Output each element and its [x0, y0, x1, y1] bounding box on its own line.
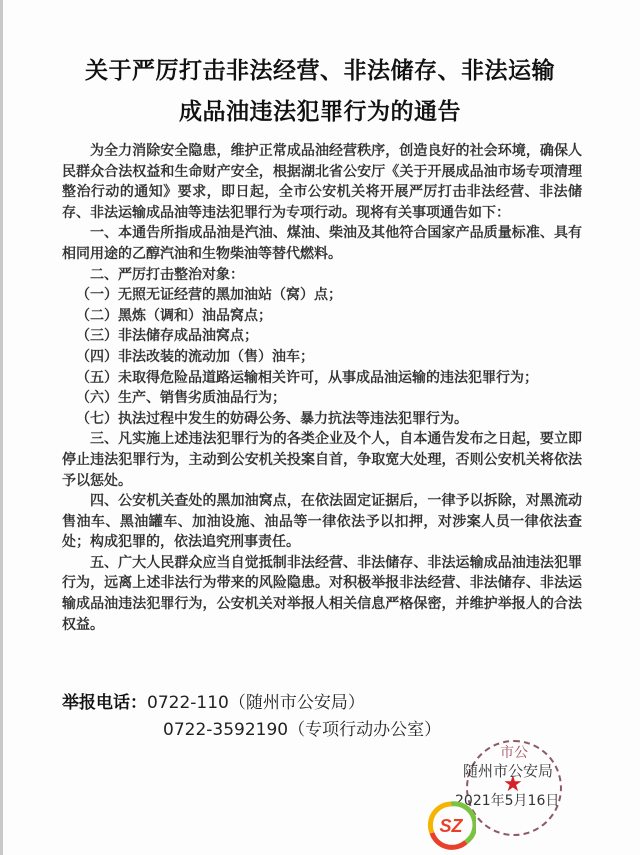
- target-item-5: （五）未取得危险品道路运输相关许可，从事成品油运输的违法犯罪行为；: [62, 368, 582, 389]
- target-item-3: （三）非法储存成品油窝点；: [62, 326, 582, 347]
- section-5: 五、广大人民群众应当自觉抵制非法经营、非法储存、非法运输成品油违法犯罪行为，远离…: [62, 553, 582, 635]
- page-edge: [0, 0, 3, 855]
- notice-title-line2: 成品油违法犯罪行为的通告: [0, 93, 640, 126]
- issuing-organization: 随州市公安局: [463, 760, 553, 781]
- target-item-7: （七）执法过程中发生的妨碍公务、暴力抗法等违法犯罪行为。: [62, 409, 582, 430]
- logo-text: SZ: [439, 816, 463, 836]
- report-hotline: 举报电话：0722-110（随州市公安局） 0722-3592190（专项行动办…: [62, 688, 441, 742]
- target-item-6: （六）生产、销售劣质油品行为；: [62, 388, 582, 409]
- section-4: 四、公安机关查处的黑加油窝点，在依法固定证据后，一律予以拆除，对黑流动售油车、黑…: [62, 491, 582, 553]
- hotline-number-2: 0722-3592190（专项行动办公室）: [163, 720, 441, 740]
- target-item-4: （四）非法改装的流动加（售）油车；: [62, 347, 582, 368]
- notice-page: 关于严厉打击非法经营、非法储存、非法运输 成品油违法犯罪行为的通告 为全力消除安…: [0, 0, 640, 855]
- hotline-label: 举报电话：: [62, 693, 147, 713]
- target-item-1: （一）无照无证经营的黑加油站（窝）点；: [62, 285, 582, 306]
- notice-title-line1: 关于严厉打击非法经营、非法储存、非法运输: [0, 52, 640, 85]
- section-1: 一、本通告所指成品油是汽油、煤油、柴油及其他符合国家产品质量标准、具有相同用途的…: [62, 223, 582, 264]
- notice-body: 为全力消除安全隐患，维护正常成品油经营秩序，创造良好的社会环境，确保人民群众合法…: [62, 141, 582, 635]
- watermark-logo-icon: SZ: [426, 800, 476, 850]
- seal-arc-text: 市公: [500, 742, 528, 762]
- intro-paragraph: 为全力消除安全隐患，维护正常成品油经营秩序，创造良好的社会环境，确保人民群众合法…: [62, 141, 582, 223]
- target-item-2: （二）黑炼（调和）油品窝点；: [62, 306, 582, 327]
- hotline-number-1: 0722-110（随州市公安局）: [147, 693, 365, 713]
- section-3: 三、凡实施上述违法犯罪行为的各类企业及个人，自本通告发布之日起，要立即停止违法犯…: [62, 429, 582, 491]
- section-2-heading: 二、严厉打击整治对象：: [62, 265, 582, 286]
